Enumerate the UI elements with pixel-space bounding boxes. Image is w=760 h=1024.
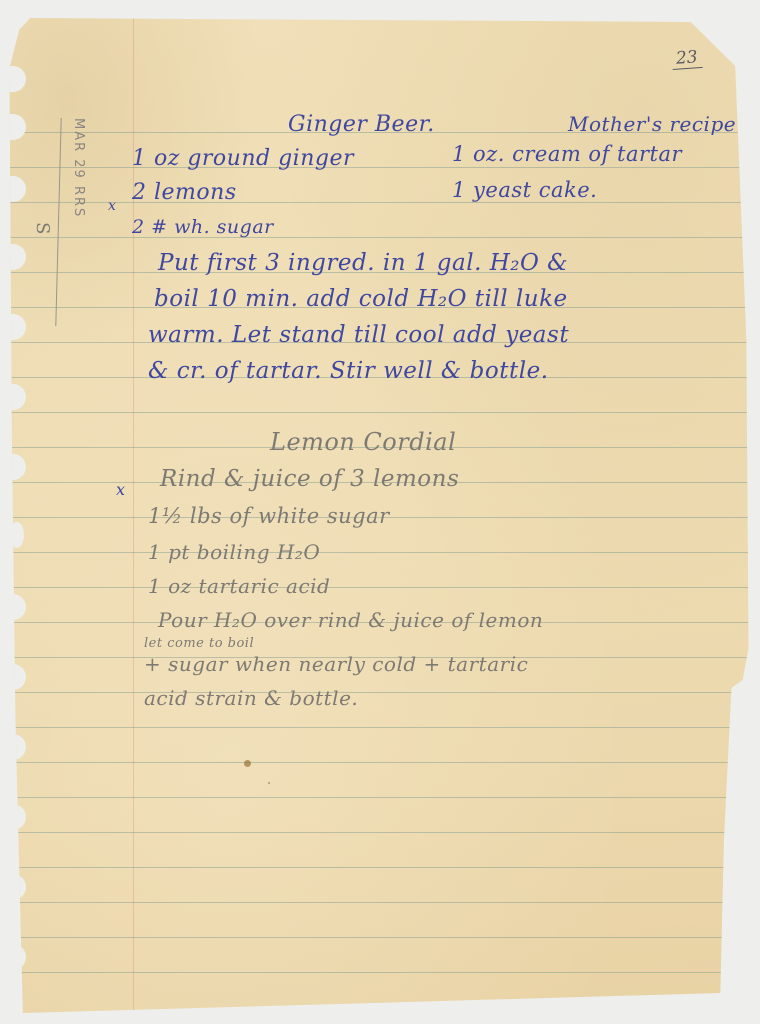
ingredient: 1 pt boiling H₂O [148,540,320,564]
recipe-attribution: Mother's recipe [568,112,736,136]
instruction-line: & cr. of tartar. Stir well & bottle. [148,358,549,384]
ingredient: 1 oz tartaric acid [148,574,330,598]
recipe-title: Ginger Beer. [288,112,435,137]
instruction-line: boil 10 min. add cold H₂O till luke [154,286,568,312]
ingredient: 2 lemons [132,180,237,205]
ingredient: 1 oz ground ginger [132,146,354,171]
notebook-page: 23 MAR 29 RRS S x x Ginger Beer. Mother'… [8,18,750,1018]
instruction-line: Pour H₂O over rind & juice of lemon [158,608,543,632]
margin-letter: S [32,222,53,235]
stain-spot [244,760,251,767]
margin-stamp-note: MAR 29 RRS [71,118,86,218]
ingredient: 1 yeast cake. [452,178,597,202]
ingredient: 2 # wh. sugar [132,216,274,238]
instruction-line: + sugar when nearly cold + tartaric [144,652,528,676]
ingredient: 1 oz. cream of tartar [452,142,682,166]
stain-spot [268,782,270,784]
recipe-title: Lemon Cordial [270,428,456,456]
ingredient: Rind & juice of 3 lemons [160,466,459,492]
page-number: 23 [671,47,702,70]
instruction-line: Put first 3 ingred. in 1 gal. H₂O & [158,250,568,276]
check-mark-ginger: x [108,198,116,214]
instruction-line: warm. Let stand till cool add yeast [148,322,569,348]
ingredient: 1½ lbs of white sugar [148,504,390,528]
instruction-line-insert: let come to boil [144,636,254,651]
check-mark-lemon: x [116,480,126,499]
instruction-line: acid strain & bottle. [144,686,358,710]
